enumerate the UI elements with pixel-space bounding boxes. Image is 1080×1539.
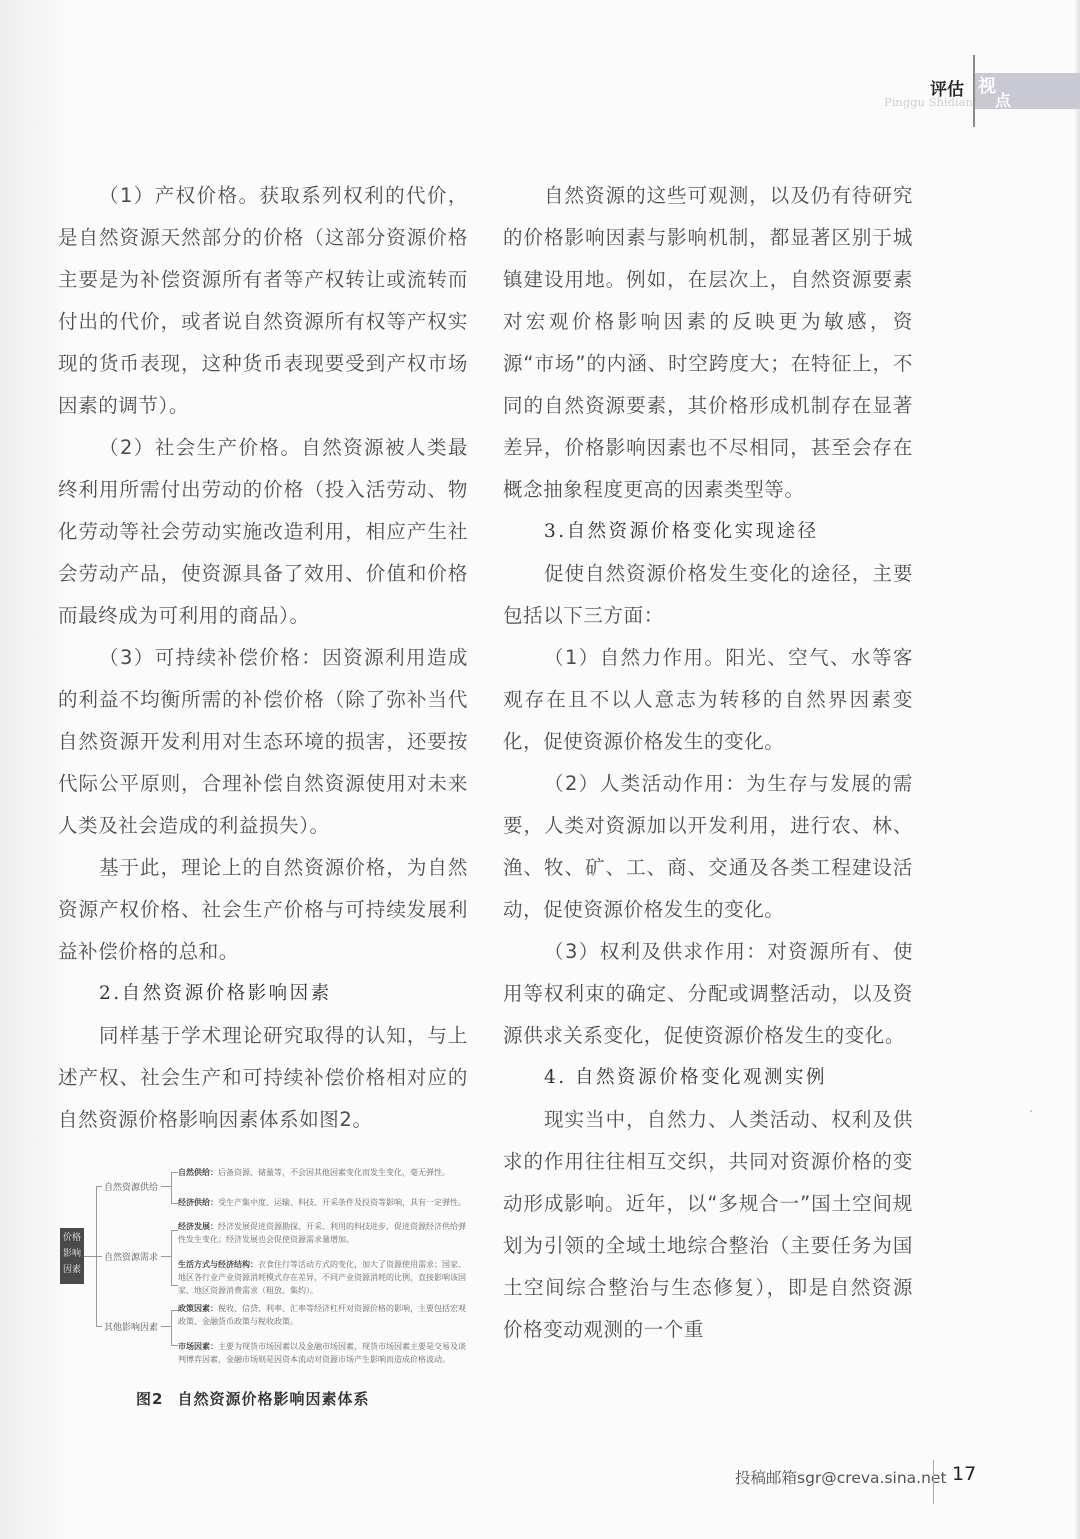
branch-label-supply: 自然资源供给	[104, 1180, 158, 1193]
paragraph-factor-intro: 同样基于学术理论研究取得的认知，与上述产权、社会生产和可持续补偿价格相对应的自然…	[58, 1015, 468, 1141]
page-edge-shadow	[1074, 0, 1080, 1539]
leaf-natural-supply: 自然供给：后备资源、储量等，不会因其他因素变化而发生变化，毫无弹性。	[178, 1166, 473, 1179]
paragraph-natural-force: （1）自然力作用。阳光、空气、水等客观存在且不以人意志为转移的自然界因素变化，促…	[503, 637, 913, 763]
footer-divider	[933, 1460, 934, 1504]
connector-line	[161, 1186, 171, 1187]
root-line: 因素	[60, 1262, 84, 1278]
paragraph-sustainable-compensation-price: （3）可持续补偿价格：因资源利用造成的利益不均衡所需的补偿价格（除了弥补当代自然…	[58, 637, 468, 847]
column-pinyin: Pinggu Shidian	[884, 95, 973, 109]
branch-label-other: 其他影响因素	[104, 1320, 158, 1333]
column-title-char-1: 视	[978, 72, 996, 98]
paragraph-property-price: （1）产权价格。获取系列权利的代价，是自然资源天然部分的价格（这部分资源价格主要…	[58, 175, 468, 427]
figure-root-node: 价格 影响 因素	[60, 1228, 84, 1284]
root-line: 价格	[60, 1230, 84, 1246]
section-heading-4: 4. 自然资源价格变化观测实例	[503, 1057, 913, 1099]
paragraph-observable-factors: 自然资源的这些可观测，以及仍有待研究的价格影响因素与影响机制，都显著区别于城镇建…	[503, 175, 913, 511]
figure-title: 自然资源价格影响因素体系	[177, 1390, 369, 1408]
column-title-char-2: 点	[995, 88, 1011, 111]
connector-line	[161, 1256, 171, 1257]
leaf-economic-supply: 经济供给：受生产集中度、运输、科技、开采条件及投资等影响，具有一定弹性。	[178, 1196, 473, 1209]
bracket	[171, 1230, 178, 1286]
paragraph-paths-intro: 促使自然资源价格发生变化的途径，主要包括以下三方面：	[503, 553, 913, 637]
figure-caption: 图2自然资源价格影响因素体系	[136, 1388, 369, 1409]
connector-line	[96, 1256, 102, 1257]
paragraph-human-activity: （2）人类活动作用：为生存与发展的需要，人类对资源加以开发利用，进行农、林、渔、…	[503, 763, 913, 931]
running-header: 评估 Pinggu Shidian 视 点	[0, 0, 1080, 140]
leaf-policy-factors: 政策因素：税收、信贷、利率、汇率等经济杠杆对资源价格的影响，主要包括宏观政策、金…	[178, 1302, 473, 1328]
bracket	[171, 1172, 178, 1204]
right-column: 自然资源的这些可观测，以及仍有待研究的价格影响因素与影响机制，都显著区别于城镇建…	[503, 175, 913, 1351]
connector-line	[161, 1326, 171, 1327]
leaf-market-factors: 市场因素：主要为现货市场因素以及金融市场因素，现货市场因素主要是交易及谈判博弈因…	[178, 1340, 473, 1366]
connector-line	[84, 1256, 96, 1257]
root-line: 影响	[60, 1246, 84, 1262]
branch-label-demand: 自然资源需求	[104, 1250, 158, 1263]
connector-line	[96, 1186, 102, 1187]
paragraph-rights-supply-demand: （3）权利及供求作用：对资源所有、使用等权利束的确定、分配或调整活动，以及资源供…	[503, 931, 913, 1057]
figure-2-factor-system: 价格 影响 因素 自然资源供给 自然供给：后备资源、储量等，不会因其他因素变化而…	[58, 1160, 478, 1420]
submission-email: 投稿邮箱sgr@creva.sina.net	[735, 1466, 947, 1488]
section-heading-2: 2.自然资源价格影响因素	[58, 973, 468, 1015]
leaf-economic-development: 经济发展：经济发展促进资源勘探、开采、利用的科技进步，促进资源经济供给弹性发生变…	[178, 1220, 473, 1246]
page-number: 17	[952, 1463, 976, 1485]
section-heading-3: 3.自然资源价格变化实现途径	[503, 511, 913, 553]
paragraph-social-production-price: （2）社会生产价格。自然资源被人类最终利用所需付出劳动的价格（投入活劳动、物化劳…	[58, 427, 468, 637]
scan-speck	[1030, 1110, 1032, 1112]
figure-number: 图2	[136, 1390, 163, 1408]
paragraph-observation-example: 现实当中，自然力、人类活动、权利及供求的作用往往相互交织，共同对资源价格的变动形…	[503, 1099, 913, 1351]
connector-line	[96, 1326, 102, 1327]
leaf-lifestyle-structure: 生活方式与经济结构：衣食住行等活动方式的变化，加大了资源使用需求；国家、地区各行…	[178, 1258, 473, 1297]
left-column: （1）产权价格。获取系列权利的代价，是自然资源天然部分的价格（这部分资源价格主要…	[58, 175, 468, 1141]
bracket	[171, 1310, 178, 1346]
paragraph-price-sum: 基于此，理论上的自然资源价格，为自然资源产权价格、社会生产价格与可持续发展利益补…	[58, 847, 468, 973]
